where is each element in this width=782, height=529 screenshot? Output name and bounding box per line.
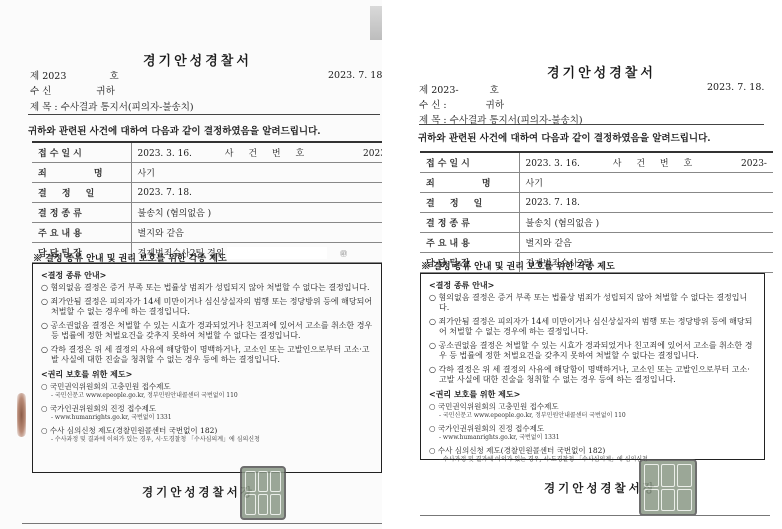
received-cell: 2023. 3. 16. 사 건 번 호 2023- — [519, 152, 773, 173]
rights-heading: <권리 보호를 위한 제도> — [429, 389, 756, 399]
agency-title: 경기안성경찰서 — [547, 62, 656, 81]
guide-item: ○ 각하 결정은 위 세 결정의 사유에 해당함이 명백하거나, 고소인 또는 … — [429, 365, 756, 385]
rights-note: - 국민신문고 www.epeople.go.kr, 정부민원안내콜센터 국번없… — [429, 412, 756, 420]
guide-item: ○ 죄가안됨 결정은 피의자가 14세 미만이거나 심신상실자의 범행 또는 정… — [429, 317, 756, 337]
official-seal-icon — [639, 459, 697, 516]
decision-date-value: 2023. 7. 18. — [519, 193, 773, 213]
bottom-divider — [420, 515, 770, 516]
charge-label: 죄 명 — [420, 173, 519, 193]
guide-item: ○ 공소권없음 결정은 처벌할 수 있는 시효가 경과되었거나 친고죄에 있어서… — [41, 321, 373, 341]
section-title: ※ 결정 종류 안내 및 권리 보호를 위한 각종 제도 — [421, 259, 615, 272]
doc-number: 제 2023- 호 — [419, 82, 499, 96]
table-row: 죄 명 사기 — [32, 163, 382, 183]
recipient-label: 수 신 — [30, 86, 51, 97]
page-gap — [382, 0, 392, 529]
recipient: 수 신 귀하 — [30, 83, 115, 97]
table-row: 결 정 일 2023. 7. 18. — [32, 183, 382, 203]
rights-item: ○ 수사 심의신청 제도(경찰민원콜센터 국번없이 182) — [41, 426, 373, 435]
doc-number: 제 2023 호 — [30, 68, 119, 82]
table-row: 접수일시 2023. 3. 16. 사 건 번 호 2023- — [32, 142, 382, 163]
rights-item: ○ 국가인권위원회의 진정 접수제도 — [41, 404, 373, 413]
rights-note: - www.humanrights.go.kr, 국번없이 1331 — [41, 414, 373, 422]
rights-note: - www.humanrights.go.kr, 국번없이 1331 — [429, 434, 756, 442]
rights-heading: <권리 보호를 위한 제도> — [41, 369, 373, 379]
subject: 제 목 : 수사결과 통지서(피의자-불송치) — [30, 99, 194, 113]
recipient-value: 귀하 — [486, 100, 504, 111]
rights-note: - 국민신문고 www.epeople.go.kr, 정부민원안내콜센터 국번없… — [41, 392, 373, 400]
intro-text: 귀하와 관련된 사건에 대하여 다음과 같이 결정하였음을 알려드립니다. — [418, 130, 711, 144]
doc-number-value: 2023 — [42, 71, 66, 82]
subject-value: 수사결과 통지서(피의자-불송치) — [61, 102, 194, 113]
table-row: 결정종류 불송치 (혐의없음 ) — [32, 203, 382, 223]
decision-date-value: 2023. 7. 18. — [131, 183, 382, 203]
content-value: 별지와 같음 — [131, 223, 382, 243]
guide-heading: <결정 종류 안내> — [41, 270, 373, 280]
received-label: 접수일시 — [32, 142, 131, 163]
seal-mark: ㊞ — [340, 250, 347, 258]
doc-number-value: 2023- — [431, 85, 458, 96]
table-row: 결정종류 불송치 (혐의없음 ) — [420, 213, 773, 233]
bottom-divider — [22, 523, 382, 524]
rights-item: ○ 국민권익위원회의 고충민원 접수제도 — [429, 402, 756, 411]
charge-value: 사기 — [131, 163, 382, 183]
guide-item: ○ 각하 결정은 위 세 결정의 사유에 해당함이 명백하거나, 고소인 또는 … — [41, 345, 373, 365]
rights-item: ○ 국가인권위원회의 진정 접수제도 — [429, 424, 756, 433]
scan-corner-shadow — [370, 6, 382, 40]
received-value: 2023. 3. 16. — [526, 159, 580, 169]
intro-text: 귀하와 관련된 사건에 대하여 다음과 같이 결정하였음을 알려드립니다. — [28, 123, 321, 137]
guide-heading: <결정 종류 안내> — [429, 280, 756, 290]
charge-label: 죄 명 — [32, 163, 131, 183]
charge-value: 사기 — [519, 173, 773, 193]
rights-item: ○ 수사 심의신청 제도(경찰민원콜센터 국번없이 182) — [429, 446, 756, 455]
case-no-label: 사 건 번 호 — [225, 149, 310, 159]
decision-type-label: 결정종류 — [32, 203, 131, 223]
doc-number-label: 제 — [30, 71, 39, 82]
rights-note: - 수사과정 및 결과에 이의가 있는 경우, 시·도경찰청 「수사심의계」에 … — [41, 436, 373, 444]
content-value: 별지와 같음 — [519, 233, 773, 253]
guide-item: ○ 공소권없음 결정은 처벌할 수 있는 시효가 경과되었거나 친고죄에 있어서… — [429, 341, 756, 361]
received-label: 접수일시 — [420, 152, 519, 173]
official-seal-icon — [240, 466, 286, 520]
doc-number-suffix: 호 — [490, 85, 499, 96]
decision-date-label: 결 정 일 — [420, 193, 519, 213]
scanned-page-right: 경기안성경찰서 제 2023- 호 2023. 7. 18. 수 신 : 귀하 … — [392, 0, 782, 529]
guide-item: ○ 혐의없음 결정은 증거 부족 또는 법률상 범죄가 성립되지 않아 처벌할 … — [41, 283, 373, 293]
content-label: 주요내용 — [32, 223, 131, 243]
table-row: 접수일시 2023. 3. 16. 사 건 번 호 2023- — [420, 152, 773, 173]
agency-title: 경기안성경찰서 — [143, 50, 252, 69]
scanned-page-left: 경기안성경찰서 제 2023 호 2023. 7. 18. 수 신 귀하 제 목… — [0, 0, 382, 529]
recipient-label: 수 신 : — [419, 100, 447, 111]
recipient-value: 귀하 — [96, 86, 114, 97]
decision-type-label: 결정종류 — [420, 213, 519, 233]
guide-item: ○ 혐의없음 결정은 증거 부족 또는 법률상 범죄가 성립되지 않아 처벌할 … — [429, 293, 756, 313]
recipient: 수 신 : 귀하 — [419, 97, 504, 111]
case-no-value: 2023- — [741, 159, 767, 169]
guide-box: <결정 종류 안내> ○ 혐의없음 결정은 증거 부족 또는 법률상 범죄가 성… — [32, 263, 382, 473]
case-no-label: 사 건 번 호 — [613, 159, 698, 169]
table-row: 죄 명 사기 — [420, 173, 773, 193]
case-info-table: 접수일시 2023. 3. 16. 사 건 번 호 2023- 죄 명 사기 결… — [32, 141, 382, 263]
guide-item: ○ 죄가안됨 결정은 피의자가 14세 미만이거나 심신상실자의 범행 또는 정… — [41, 297, 373, 317]
decision-date-label: 결 정 일 — [32, 183, 131, 203]
doc-number-suffix: 호 — [109, 71, 118, 82]
header-divider — [28, 114, 380, 115]
table-row: 주요내용 별지와 같음 — [32, 223, 382, 243]
received-cell: 2023. 3. 16. 사 건 번 호 2023- — [131, 142, 382, 163]
received-value: 2023. 3. 16. — [138, 149, 192, 159]
decision-type-value: 불송치 (혐의없음 ) — [519, 213, 773, 233]
redacted-name — [227, 247, 327, 259]
rights-note: - 수사과정 및 결과에 이의가 있는 경우, 시·도경찰청 「수사심의계」에 … — [429, 456, 756, 464]
rights-item: ○ 국민권익위원회의 고충민원 접수제도 — [41, 382, 373, 391]
case-no-value: 2023- — [363, 149, 382, 159]
doc-number-label: 제 — [419, 85, 428, 96]
header-divider — [419, 124, 764, 125]
signatory: 경기안성경찰서장 — [142, 484, 255, 500]
doc-date: 2023. 7. 18. — [707, 82, 764, 93]
decision-type-value: 불송치 (혐의없음 ) — [131, 203, 382, 223]
finger-shadow — [17, 393, 26, 437]
case-info-table: 접수일시 2023. 3. 16. 사 건 번 호 2023- 죄 명 사기 결… — [420, 151, 773, 273]
guide-box: <결정 종류 안내> ○ 혐의없음 결정은 증거 부족 또는 법률상 범죄가 성… — [420, 273, 765, 460]
table-row: 주요내용 별지와 같음 — [420, 233, 773, 253]
table-row: 결 정 일 2023. 7. 18. — [420, 193, 773, 213]
doc-date: 2023. 7. 18. — [328, 70, 382, 81]
subject-label: 제 목 : — [30, 102, 58, 113]
content-label: 주요내용 — [420, 233, 519, 253]
